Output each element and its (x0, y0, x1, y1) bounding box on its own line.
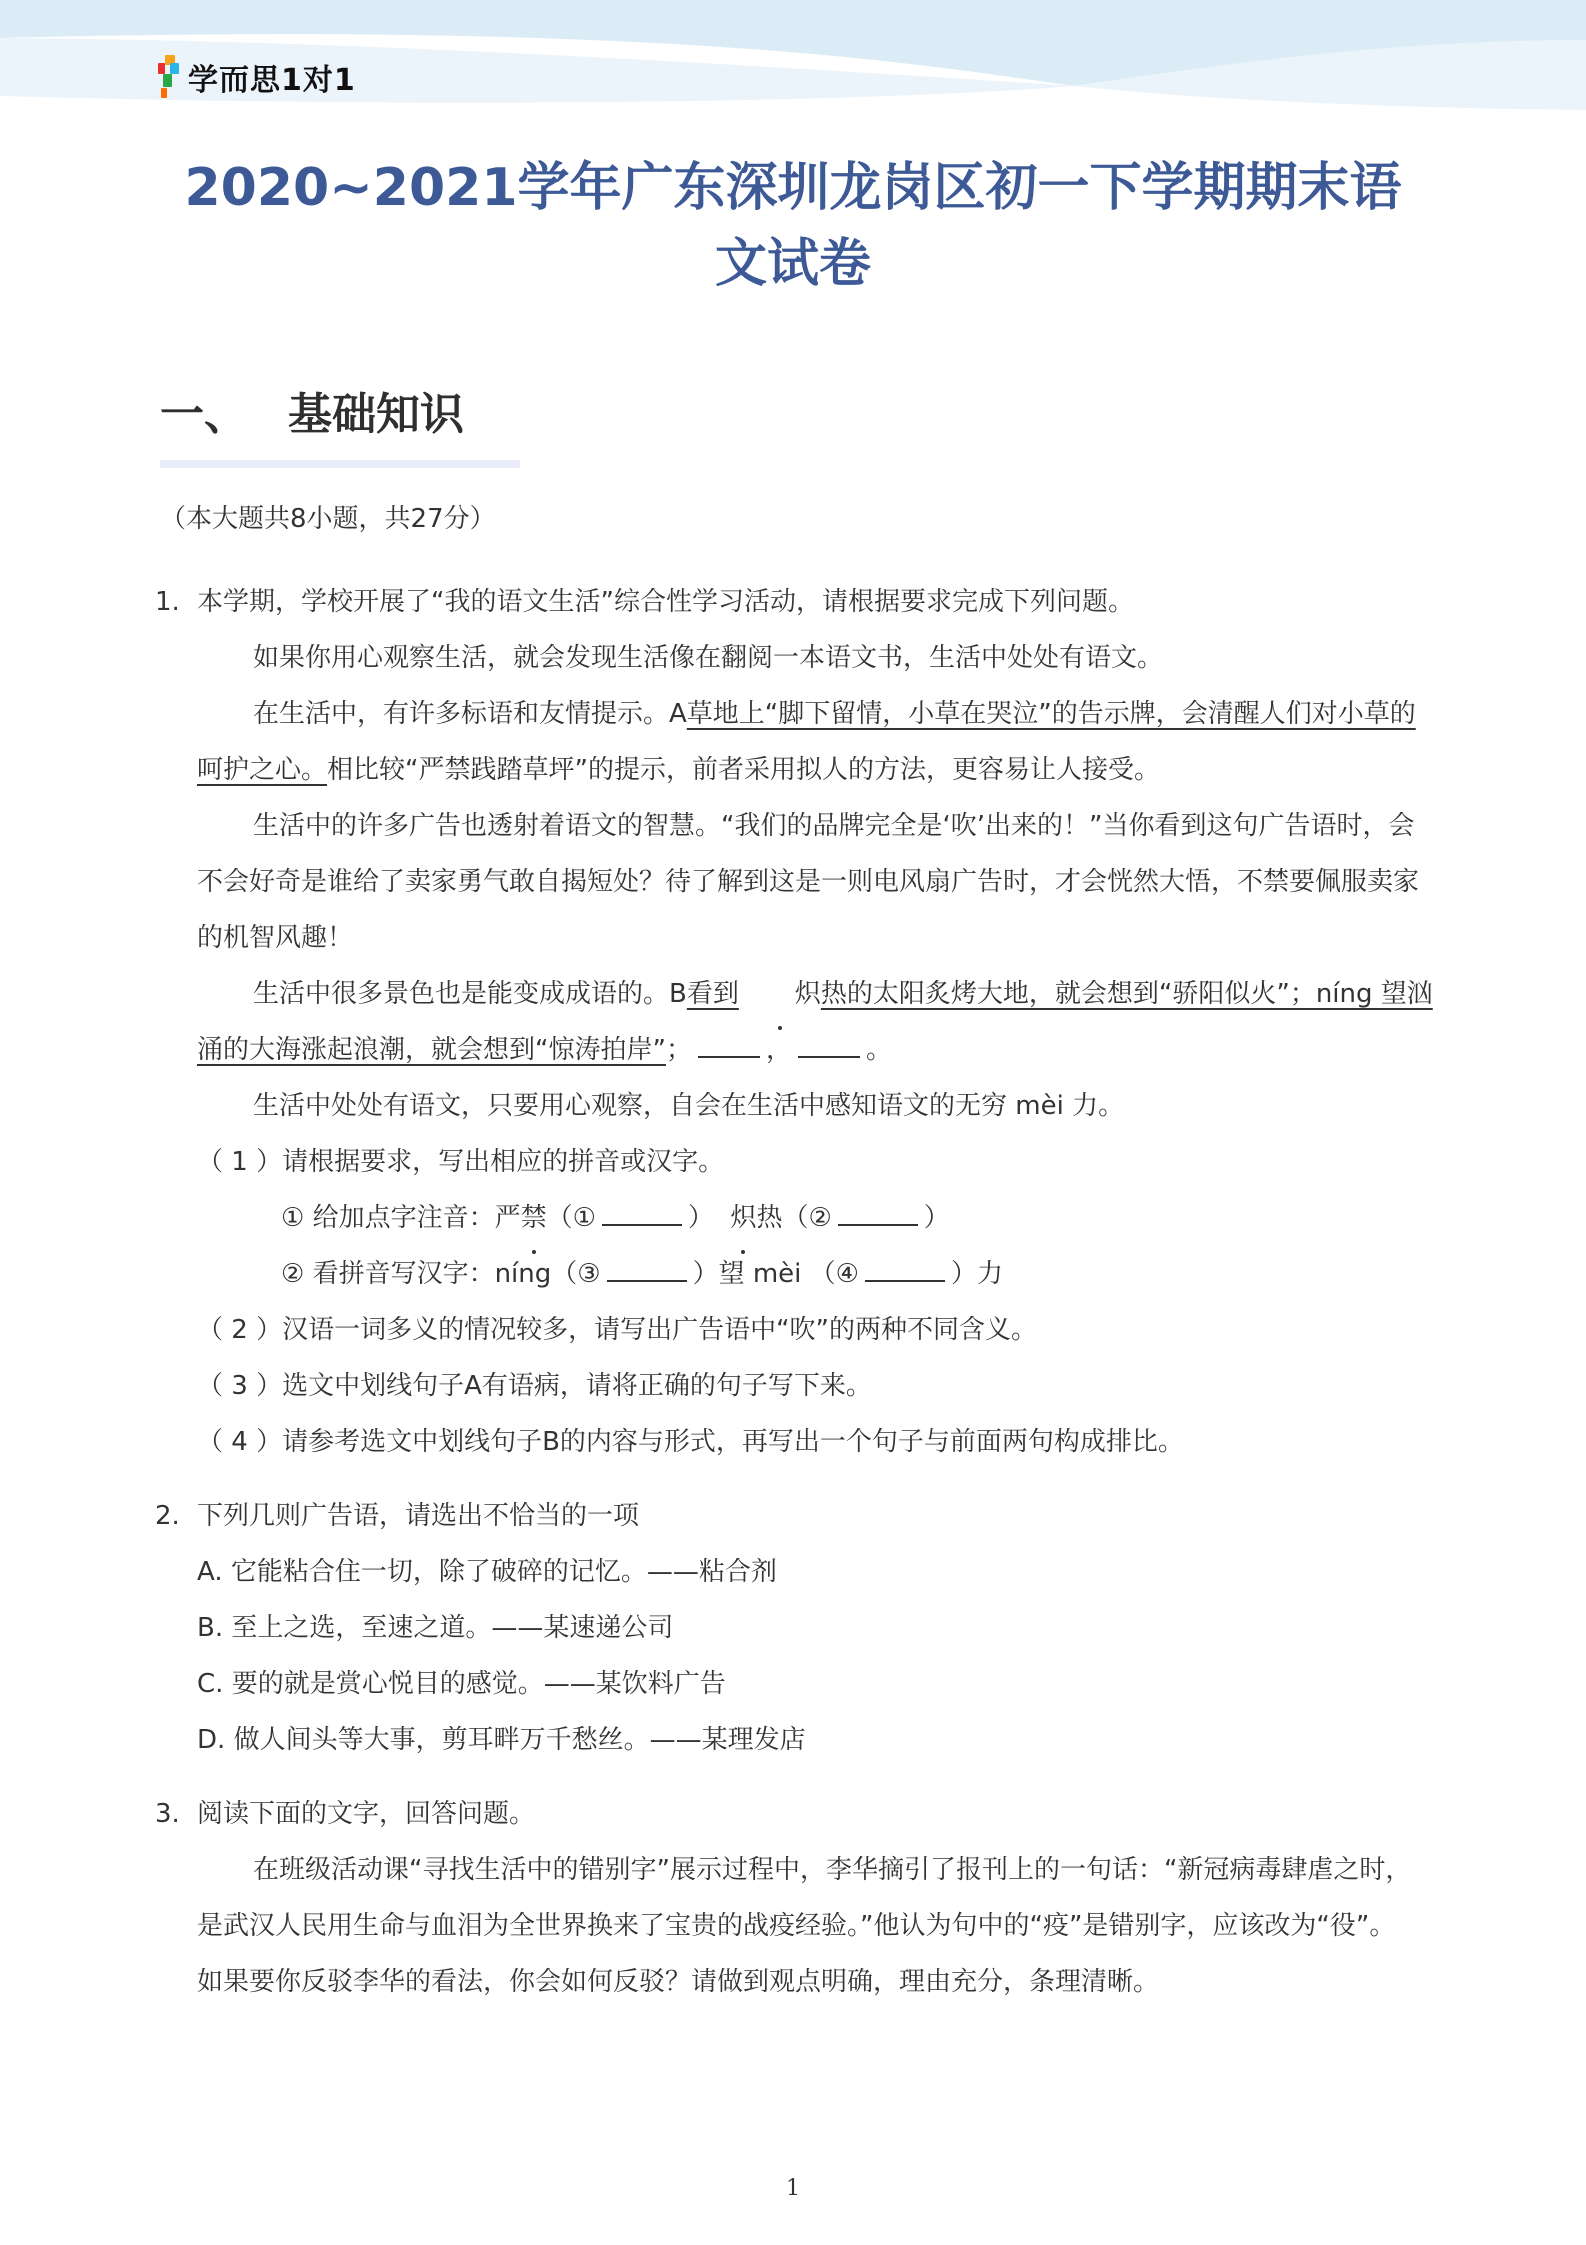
sub-question-2: （ 2 ）汉语一词多义的情况较多，请写出广告语中“吹”的两种不同含义。 (155, 1302, 1435, 1358)
sub-question-4: （ 4 ）请参考选文中划线句子B的内容与形式，再写出一个句子与前面两句构成排比。 (155, 1414, 1435, 1470)
answer-blank[interactable] (698, 1034, 760, 1058)
question-text: 下列几则广告语，请选出不恰当的一项 (197, 1501, 639, 1531)
question-3: 3.阅读下面的文字，回答问题。 在班级活动课“寻找生活中的错别字”展示过程中，李… (155, 1786, 1435, 2010)
option-label: C. (197, 1669, 223, 1699)
text: 生活中很多景色也是能变成成语的。B (253, 979, 687, 1009)
sub-item-hanzi: ② 看拼音写汉字：níng（③）望 mèi （④）力 (155, 1246, 1435, 1302)
passage-paragraph: 生活中处处有语文，只要用心观察，自会在生活中感知语文的无穷 mèi 力。 (197, 1078, 1435, 1134)
option-label: A. (197, 1557, 223, 1587)
passage-paragraph: 如果你用心观察生活，就会发现生活像在翻阅一本语文书，生活中处处有语文。 (197, 630, 1435, 686)
answer-blank[interactable] (602, 1202, 682, 1226)
option-label: B. (197, 1613, 223, 1643)
option-text: 要的就是赏心悦目的感觉。——某饮料广告 (232, 1669, 726, 1699)
option-a[interactable]: A. 它能粘合住一切，除了破碎的记忆。——粘合剂 (155, 1544, 1435, 1600)
option-c[interactable]: C. 要的就是赏心悦目的感觉。——某饮料广告 (155, 1656, 1435, 1712)
passage-paragraph: 生活中很多景色也是能变成成语的。B看到炽热的太阳炙烤大地，就会想到“骄阳似火”；… (197, 966, 1435, 1078)
question-2: 2.下列几则广告语，请选出不恰当的一项 A. 它能粘合住一切，除了破碎的记忆。—… (155, 1488, 1435, 1768)
question-number: 3. (155, 1786, 197, 1842)
text: ， (766, 1035, 792, 1065)
dotted-char: 炽 (730, 1190, 756, 1246)
option-d[interactable]: D. 做人间头等大事，剪耳畔万千愁丝。——某理发店 (155, 1712, 1435, 1768)
text: ① 给加点字注音：严 (281, 1203, 521, 1233)
question-1: 1.本学期，学校开展了“我的语文生活”综合性学习活动，请根据要求完成下列问题。 … (155, 574, 1435, 1470)
question-prompt: 如果要你反驳李华的看法，你会如何反驳？请做到观点明确，理由充分，条理清晰。 (197, 1954, 1435, 2010)
sub-item-pinyin: ① 给加点字注音：严禁（①） 炽热（②） (155, 1190, 1435, 1246)
question-text: 阅读下面的文字，回答问题。 (197, 1799, 535, 1829)
text: ） (924, 1203, 950, 1233)
logo-text: 学而思1对1 (188, 55, 356, 99)
question-stem: 2.下列几则广告语，请选出不恰当的一项 (155, 1488, 1435, 1544)
text: （① (547, 1203, 596, 1233)
text: ）望 mèi （④ (693, 1259, 859, 1289)
passage: 在班级活动课“寻找生活中的错别字”展示过程中，李华摘引了报刊上的一句话：“新冠病… (155, 1842, 1435, 2010)
section-name: 基础知识 (288, 389, 464, 440)
dotted-char: 禁 (521, 1190, 547, 1246)
sub-question-3: （ 3 ）选文中划线句子A有语病，请将正确的句子写下来。 (155, 1358, 1435, 1414)
option-b[interactable]: B. 至上之选，至速之道。——某速递公司 (155, 1600, 1435, 1656)
section-heading: 一、基础知识 (160, 378, 464, 442)
answer-blank[interactable] (798, 1034, 860, 1058)
question-stem: 3.阅读下面的文字，回答问题。 (155, 1786, 1435, 1842)
option-text: 它能粘合住一切，除了破碎的记忆。——粘合剂 (231, 1557, 777, 1587)
answer-blank[interactable] (838, 1202, 918, 1226)
option-text: 至上之选，至速之道。——某速递公司 (231, 1613, 673, 1643)
question-number: 2. (155, 1488, 197, 1544)
dotted-char: 炽 (739, 966, 821, 1022)
page-number: 1 (0, 2176, 1586, 2201)
text: 。 (866, 1035, 892, 1065)
page-title: 2020~2021学年广东深圳龙岗区初一下学期期末语 文试卷 (150, 150, 1436, 302)
text: ）力 (951, 1259, 1003, 1289)
exam-content: 1.本学期，学校开展了“我的语文生活”综合性学习活动，请根据要求完成下列问题。 … (155, 574, 1435, 2010)
sub-question-1: （ 1 ）请根据要求，写出相应的拼音或汉字。 (155, 1134, 1435, 1190)
text: 在生活中，有许多标语和友情提示。A (253, 699, 687, 729)
option-label: D. (197, 1725, 225, 1755)
section-heading-underline (160, 460, 520, 468)
text: ） (688, 1203, 714, 1233)
text: 看到 (687, 979, 739, 1009)
text: ； (666, 1035, 692, 1065)
passage: 如果你用心观察生活，就会发现生活像在翻阅一本语文书，生活中处处有语文。 在生活中… (155, 630, 1435, 1134)
question-stem: 1.本学期，学校开展了“我的语文生活”综合性学习活动，请根据要求完成下列问题。 (155, 574, 1435, 630)
section-meta: （本大题共8小题，共27分） (160, 498, 496, 535)
answer-blank[interactable] (865, 1258, 945, 1282)
passage-paragraph: 在生活中，有许多标语和友情提示。A草地上“脚下留情，小草在哭泣”的告示牌，会清醒… (197, 686, 1435, 798)
text: ② 看拼音写汉字：níng（③ (281, 1259, 601, 1289)
text: 相比较“严禁践踏草坪”的提示，前者采用拟人的方法，更容易让人接受。 (327, 755, 1160, 785)
title-line-2: 文试卷 (150, 226, 1436, 302)
answer-blank[interactable] (607, 1258, 687, 1282)
passage-paragraph: 在班级活动课“寻找生活中的错别字”展示过程中，李华摘引了报刊上的一句话：“新冠病… (197, 1842, 1435, 1954)
question-text: 本学期，学校开展了“我的语文生活”综合性学习活动，请根据要求完成下列问题。 (197, 587, 1134, 617)
text: 热（② (756, 1203, 831, 1233)
title-line-1: 2020~2021学年广东深圳龙岗区初一下学期期末语 (150, 150, 1436, 226)
option-text: 做人间头等大事，剪耳畔万千愁丝。——某理发店 (234, 1725, 806, 1755)
question-number: 1. (155, 574, 197, 630)
passage-paragraph: 生活中的许多广告也透射着语文的智慧。“我们的品牌完全是‘吹’出来的！”当你看到这… (197, 798, 1435, 966)
logo-icon (158, 55, 180, 99)
section-number: 一、 (160, 389, 248, 440)
brand-logo: 学而思1对1 (158, 55, 356, 99)
